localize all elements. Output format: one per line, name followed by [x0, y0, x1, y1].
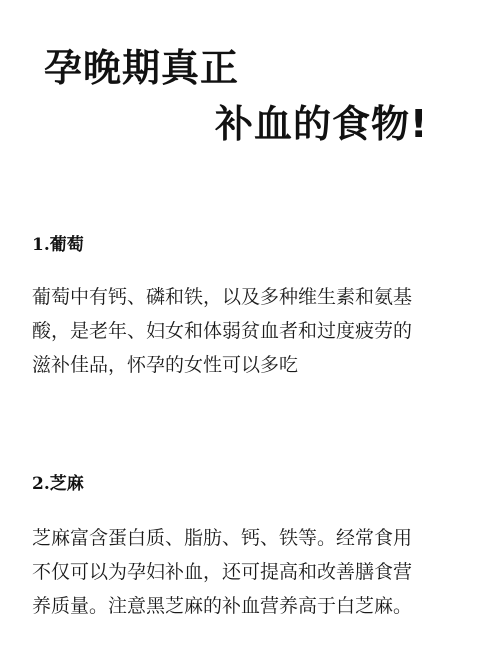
body-line: 滋补佳品，怀孕的女性可以多吃 — [32, 348, 472, 382]
section-heading-grapes: 1.葡萄 — [32, 234, 84, 256]
body-line: 酸，是老年、妇女和体弱贫血者和过度疲劳的 — [32, 314, 472, 348]
body-line: 不仅可以为孕妇补血，还可提高和改善膳食营 — [32, 555, 472, 589]
body-line: 养质量。注意黑芝麻的补血营养高于白芝麻。 — [32, 589, 472, 623]
body-line: 葡萄中有钙、磷和铁，以及多种维生素和氨基 — [32, 280, 472, 314]
title-line-1: 孕晚期真正 — [44, 46, 239, 90]
title-line-2: 补血的食物! — [215, 102, 428, 146]
body-line: 芝麻富含蛋白质、脂肪、钙、铁等。经常食用 — [32, 521, 472, 555]
section-heading-sesame: 2.芝麻 — [32, 473, 84, 495]
section-body-sesame: 芝麻富含蛋白质、脂肪、钙、铁等。经常食用 不仅可以为孕妇补血，还可提高和改善膳食… — [32, 521, 472, 623]
section-body-grapes: 葡萄中有钙、磷和铁，以及多种维生素和氨基 酸，是老年、妇女和体弱贫血者和过度疲劳… — [32, 280, 472, 382]
